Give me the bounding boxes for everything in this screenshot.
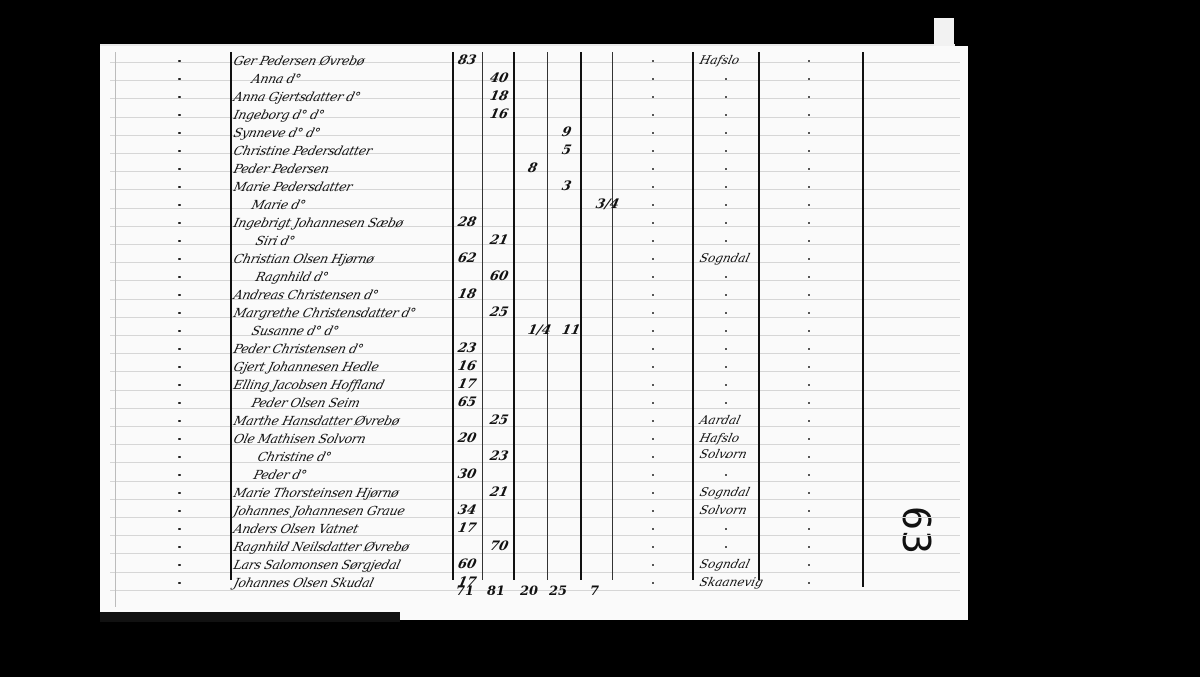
ruled-line: [110, 80, 960, 81]
ruled-line: [110, 408, 960, 409]
row-marker: [725, 546, 727, 548]
row-marker: [652, 438, 654, 440]
resident-name: Christian Olsen Hjørnø: [232, 251, 376, 266]
row-marker: [178, 240, 181, 242]
row-marker: [808, 474, 810, 476]
row-marker: [652, 132, 654, 134]
age-col1: 20: [456, 431, 477, 446]
row-marker: [652, 312, 654, 314]
resident-name: Peder d°: [252, 467, 308, 482]
row-marker: [725, 474, 727, 476]
row-marker: [725, 186, 727, 188]
resident-name: Ingebrigt Johannesen Sæbø: [232, 215, 405, 230]
row-marker: [178, 258, 181, 260]
age-col1: 17: [456, 377, 477, 392]
column-total: 81: [487, 584, 505, 599]
resident-name: Peder Christensen d°: [232, 341, 365, 356]
resident-name: Ingeborg d° d°: [232, 107, 326, 122]
resident-name: Anna Gjertsdatter d°: [232, 89, 362, 104]
row-marker: [808, 132, 810, 134]
row-marker: [652, 546, 654, 548]
row-marker: [725, 78, 727, 80]
row-marker: [808, 402, 810, 404]
column-rule: [758, 52, 760, 580]
row-marker: [808, 276, 810, 278]
resident-name: Christine Pedersdatter: [232, 143, 374, 158]
column-total: 71: [456, 584, 474, 599]
row-marker: [808, 240, 810, 242]
page-number: 63: [894, 506, 938, 554]
resident-name: Elling Jacobsen Hoffland: [232, 377, 386, 392]
column-rule: [482, 52, 483, 580]
row-marker: [178, 456, 181, 458]
age-col1: 16: [456, 359, 477, 374]
row-marker: [652, 474, 654, 476]
row-marker: [808, 186, 810, 188]
ruled-line: [110, 208, 960, 209]
row-marker: [178, 312, 181, 314]
age-col3: 1/4: [526, 323, 552, 338]
row-marker: [725, 114, 727, 116]
resident-name: Johannes Johannesen Graue: [232, 503, 406, 518]
resident-name: Christine d°: [256, 449, 333, 464]
row-marker: [725, 150, 727, 152]
row-marker: [178, 474, 181, 476]
row-marker: [808, 150, 810, 152]
row-marker: [178, 492, 181, 494]
row-marker: [178, 564, 181, 566]
row-marker: [725, 168, 727, 170]
row-marker: [652, 366, 654, 368]
row-marker: [178, 132, 181, 134]
birthplace: Solvorn: [698, 503, 748, 517]
age-col2: 60: [488, 269, 509, 284]
resident-name: Siri d°: [254, 233, 296, 248]
age-col1: 17: [456, 521, 477, 536]
age-col1: 18: [456, 287, 477, 302]
age-col1: 28: [456, 215, 477, 230]
row-marker: [178, 186, 181, 188]
row-marker: [725, 384, 727, 386]
row-marker: [652, 240, 654, 242]
row-marker: [178, 348, 181, 350]
row-marker: [652, 330, 654, 332]
row-marker: [652, 294, 654, 296]
column-rule: [513, 52, 515, 580]
column-total: 20: [520, 584, 538, 599]
age-col5: 3/4: [594, 197, 620, 212]
row-marker: [652, 564, 654, 566]
resident-name: Ger Pedersen Øvrebø: [232, 53, 366, 68]
row-marker: [808, 168, 810, 170]
row-marker: [652, 150, 654, 152]
column-rule: [692, 52, 694, 580]
birthplace: Aardal: [698, 413, 742, 427]
row-marker: [178, 420, 181, 422]
row-marker: [808, 204, 810, 206]
age-col4: 11: [560, 323, 581, 338]
resident-name: Marie Thorsteinsen Hjørnø: [232, 485, 400, 500]
age-col2: 16: [488, 107, 509, 122]
row-marker: [178, 150, 181, 152]
row-marker: [178, 78, 181, 80]
resident-name: Ragnhild d°: [254, 269, 330, 284]
row-marker: [178, 582, 181, 584]
row-marker: [178, 294, 181, 296]
age-col2: 70: [488, 539, 509, 554]
column-rule: [612, 52, 613, 580]
row-marker: [178, 510, 181, 512]
age-col2: 40: [488, 71, 509, 86]
age-col2: 23: [488, 449, 509, 464]
row-marker: [178, 546, 181, 548]
row-marker: [652, 582, 654, 584]
row-marker: [808, 510, 810, 512]
row-marker: [652, 78, 654, 80]
resident-name: Gjert Johannesen Hedle: [232, 359, 380, 374]
row-marker: [725, 204, 727, 206]
birthplace: Hafslo: [698, 431, 741, 445]
row-marker: [652, 510, 654, 512]
resident-name: Marie d°: [250, 197, 307, 212]
row-marker: [652, 96, 654, 98]
resident-name: Peder Pedersen: [232, 161, 331, 176]
row-marker: [725, 330, 727, 332]
row-marker: [808, 222, 810, 224]
resident-name: Ole Mathisen Solvorn: [232, 431, 367, 446]
ruled-line: [110, 462, 960, 463]
age-col1: 65: [456, 395, 477, 410]
age-col2: 25: [488, 413, 509, 428]
row-marker: [808, 294, 810, 296]
row-marker: [178, 366, 181, 368]
row-marker: [178, 330, 181, 332]
age-col1: 83: [456, 53, 477, 68]
row-marker: [178, 402, 181, 404]
row-marker: [725, 96, 727, 98]
row-marker: [178, 384, 181, 386]
birthplace: Solvorn: [698, 447, 748, 461]
row-marker: [725, 402, 727, 404]
row-marker: [808, 60, 810, 62]
row-marker: [178, 114, 181, 116]
row-marker: [808, 492, 810, 494]
resident-name: Lars Salomonsen Sørgjedal: [232, 557, 402, 572]
row-marker: [178, 222, 181, 224]
birthplace: Sogndal: [698, 485, 751, 499]
bottom-shadow: [100, 612, 400, 622]
column-rule: [230, 52, 232, 580]
resident-name: Anna d°: [250, 71, 302, 86]
column-total: 7: [590, 584, 599, 599]
row-marker: [808, 78, 810, 80]
resident-name: Susanne d° d°: [250, 323, 340, 338]
row-marker: [652, 528, 654, 530]
row-marker: [725, 294, 727, 296]
resident-name: Johannes Olsen Skudal: [232, 575, 375, 590]
resident-name: Marthe Hansdatter Øvrebø: [232, 413, 401, 428]
row-marker: [652, 114, 654, 116]
row-marker: [652, 186, 654, 188]
age-col2: 18: [488, 89, 509, 104]
row-marker: [652, 276, 654, 278]
ruled-line: [110, 481, 960, 482]
birthplace: Sogndal: [698, 557, 751, 571]
age-col2: 21: [488, 485, 509, 500]
resident-name: Anders Olsen Vatnet: [232, 521, 360, 536]
row-marker: [178, 168, 181, 170]
row-marker: [808, 348, 810, 350]
column-rule: [115, 52, 116, 607]
row-marker: [652, 222, 654, 224]
resident-name: Peder Olsen Seim: [250, 395, 361, 410]
age-col2: 21: [488, 233, 509, 248]
row-marker: [725, 348, 727, 350]
ruled-line: [110, 244, 960, 245]
row-marker: [808, 564, 810, 566]
row-marker: [725, 240, 727, 242]
row-marker: [652, 60, 654, 62]
row-marker: [808, 384, 810, 386]
row-marker: [808, 420, 810, 422]
birthplace: Skaanevig: [698, 575, 764, 589]
row-marker: [652, 384, 654, 386]
row-marker: [808, 312, 810, 314]
resident-name: Margrethe Christensdatter d°: [232, 305, 417, 320]
column-total: 25: [549, 584, 567, 599]
resident-name: Synneve d° d°: [232, 125, 322, 140]
row-marker: [652, 420, 654, 422]
row-marker: [808, 114, 810, 116]
row-marker: [652, 348, 654, 350]
column-rule: [452, 52, 454, 580]
ruled-line: [110, 280, 960, 281]
birthplace: Sogndal: [698, 251, 751, 265]
age-col1: 30: [456, 467, 477, 482]
row-marker: [725, 312, 727, 314]
resident-name: Ragnhild Neilsdatter Øvrebø: [232, 539, 411, 554]
row-marker: [652, 402, 654, 404]
row-marker: [652, 204, 654, 206]
age-col1: 23: [456, 341, 477, 356]
resident-name: Andreas Christensen d°: [232, 287, 380, 302]
column-rule: [862, 52, 864, 587]
row-marker: [808, 438, 810, 440]
row-marker: [725, 456, 727, 458]
row-marker: [808, 456, 810, 458]
row-marker: [808, 366, 810, 368]
row-marker: [725, 528, 727, 530]
row-marker: [178, 204, 181, 206]
row-marker: [808, 582, 810, 584]
row-marker: [178, 60, 181, 62]
column-rule: [547, 52, 548, 580]
row-marker: [652, 168, 654, 170]
row-marker: [178, 96, 181, 98]
paper-tab: [934, 18, 954, 46]
row-marker: [652, 492, 654, 494]
birthplace: Hafslo: [698, 53, 741, 67]
row-marker: [725, 132, 727, 134]
row-marker: [808, 330, 810, 332]
row-marker: [652, 258, 654, 260]
row-marker: [178, 276, 181, 278]
row-marker: [178, 528, 181, 530]
row-marker: [808, 96, 810, 98]
row-marker: [725, 276, 727, 278]
row-marker: [808, 258, 810, 260]
age-col1: 34: [456, 503, 477, 518]
row-marker: [652, 456, 654, 458]
column-rule: [580, 52, 582, 580]
age-col2: 25: [488, 305, 509, 320]
row-marker: [178, 438, 181, 440]
row-marker: [808, 528, 810, 530]
row-marker: [808, 546, 810, 548]
resident-name: Marie Pedersdatter: [232, 179, 354, 194]
age-col1: 60: [456, 557, 477, 572]
row-marker: [725, 222, 727, 224]
row-marker: [725, 366, 727, 368]
age-col1: 62: [456, 251, 477, 266]
